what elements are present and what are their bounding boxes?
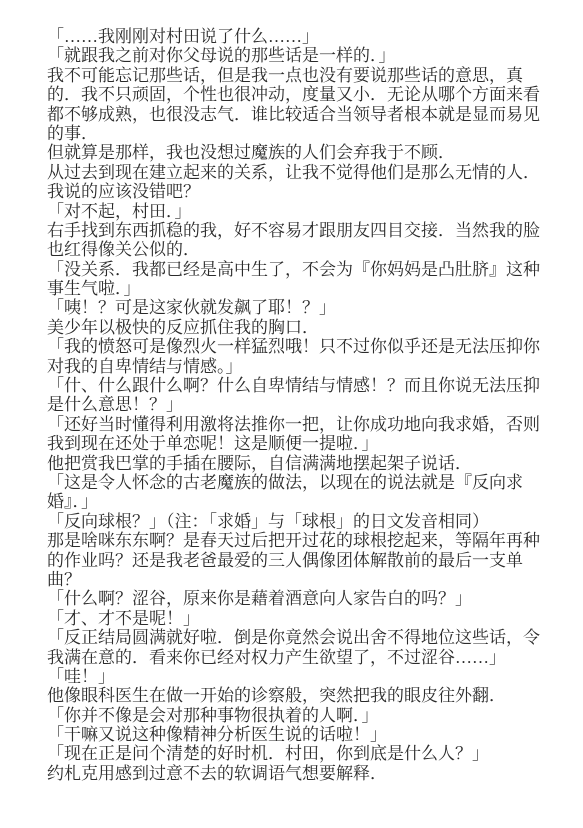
text-line: 约札克用感到过意不去的软调语气想要解释． (47, 764, 555, 783)
text-line: 「就跟我之前对你父母说的那些话是一样的．」 (47, 46, 555, 65)
text-line: 「反向球根？」（注：「求婚」与「球根」的日文发音相同） (47, 512, 555, 531)
text-line: 右手找到东西抓稳的我，好不容易才跟朋友四目交接．当然我的脸 (47, 221, 555, 240)
text-line: 那是啥咪东东啊？是春天过后把开过花的球根挖起来，等隔年再种 (47, 531, 555, 550)
text-line: 的．我不只顽固，个性也很冲动，度量又小．无论从哪个方面来看 (47, 85, 555, 104)
text-line: 我到现在还处于单恋呢！这是顺便一提啦．」 (47, 434, 555, 453)
text-line: 但就算是那样，我也没想过魔族的人们会弃我于不顾． (47, 143, 555, 162)
text-line: 我满在意的．看来你已经对权力产生欲望了，不过涩谷……」 (47, 648, 555, 667)
text-line: 「对不起，村田．」 (47, 202, 555, 221)
text-line: 他把赏我巴掌的手插在腰际，自信满满地摆起架子说话． (47, 454, 555, 473)
text-line: 事生气啦．」 (47, 279, 555, 298)
text-line: 「才、才不是呢！」 (47, 609, 555, 628)
text-line: 的作业吗？还是我老爸最爱的三人偶像团体解散前的最后一支单 (47, 551, 555, 570)
text-line: 「……我刚刚对村田说了什么……」 (47, 27, 555, 46)
text-line: 「干嘛又说这种像精神分析医生说的话啦！」 (47, 725, 555, 744)
text-line: 美少年以极快的反应抓住我的胸口． (47, 318, 555, 337)
text-line: 的事． (47, 124, 555, 143)
text-line: 婚』．」 (47, 492, 555, 511)
text-line: 我不可能忘记那些话，但是我一点也没有要说那些话的意思，真 (47, 66, 555, 85)
text-line: 是什么意思！？」 (47, 395, 555, 414)
text-line: 「什么啊？涩谷，原来你是藉着酒意向人家告白的吗？」 (47, 589, 555, 608)
text-line: 「现在正是问个清楚的好时机．村田，你到底是什么人？」 (47, 744, 555, 763)
text-line: 「你并不像是会对那种事物很执着的人啊．」 (47, 706, 555, 725)
text-line: 他像眼科医生在做一开始的诊察般，突然把我的眼皮往外翻． (47, 686, 555, 705)
text-line: 从过去到现在建立起来的关系，让我不觉得他们是那么无情的人． (47, 163, 555, 182)
text-line: 「哇！」 (47, 667, 555, 686)
text-line: 都不够成熟，也很没志气．谁比较适合当领导者根本就是显而易见 (47, 105, 555, 124)
document-page: 「……我刚刚对村田说了什么……」 「就跟我之前对你父母说的那些话是一样的．」 我… (0, 0, 583, 828)
text-line: 「反正结局圆满就好啦．倒是你竟然会说出舍不得地位这些话，令 (47, 628, 555, 647)
text-line: 「什、什么跟什么啊？什么自卑情结与情感！？而且你说无法压抑 (47, 376, 555, 395)
text-block: 「……我刚刚对村田说了什么……」 「就跟我之前对你父母说的那些话是一样的．」 我… (47, 27, 555, 783)
text-line: 「咦！？可是这家伙就发飙了耶！？」 (47, 298, 555, 317)
text-line: 「这是令人怀念的古老魔族的做法，以现在的说法就是『反向求 (47, 473, 555, 492)
text-line: 对我的自卑情结与情感。」 (47, 357, 555, 376)
text-line: 「我的愤怒可是像烈火一样猛烈哦！只不过你似乎还是无法压抑你 (47, 337, 555, 356)
text-line: 「没关系．我都已经是高中生了，不会为『你妈妈是凸肚脐』这种 (47, 260, 555, 279)
text-line: 曲？ (47, 570, 555, 589)
text-line: 也红得像关公似的． (47, 240, 555, 259)
text-line: 「还好当时懂得利用激将法推你一把，让你成功地向我求婚，否则 (47, 415, 555, 434)
text-line: 我说的应该没错吧？ (47, 182, 555, 201)
